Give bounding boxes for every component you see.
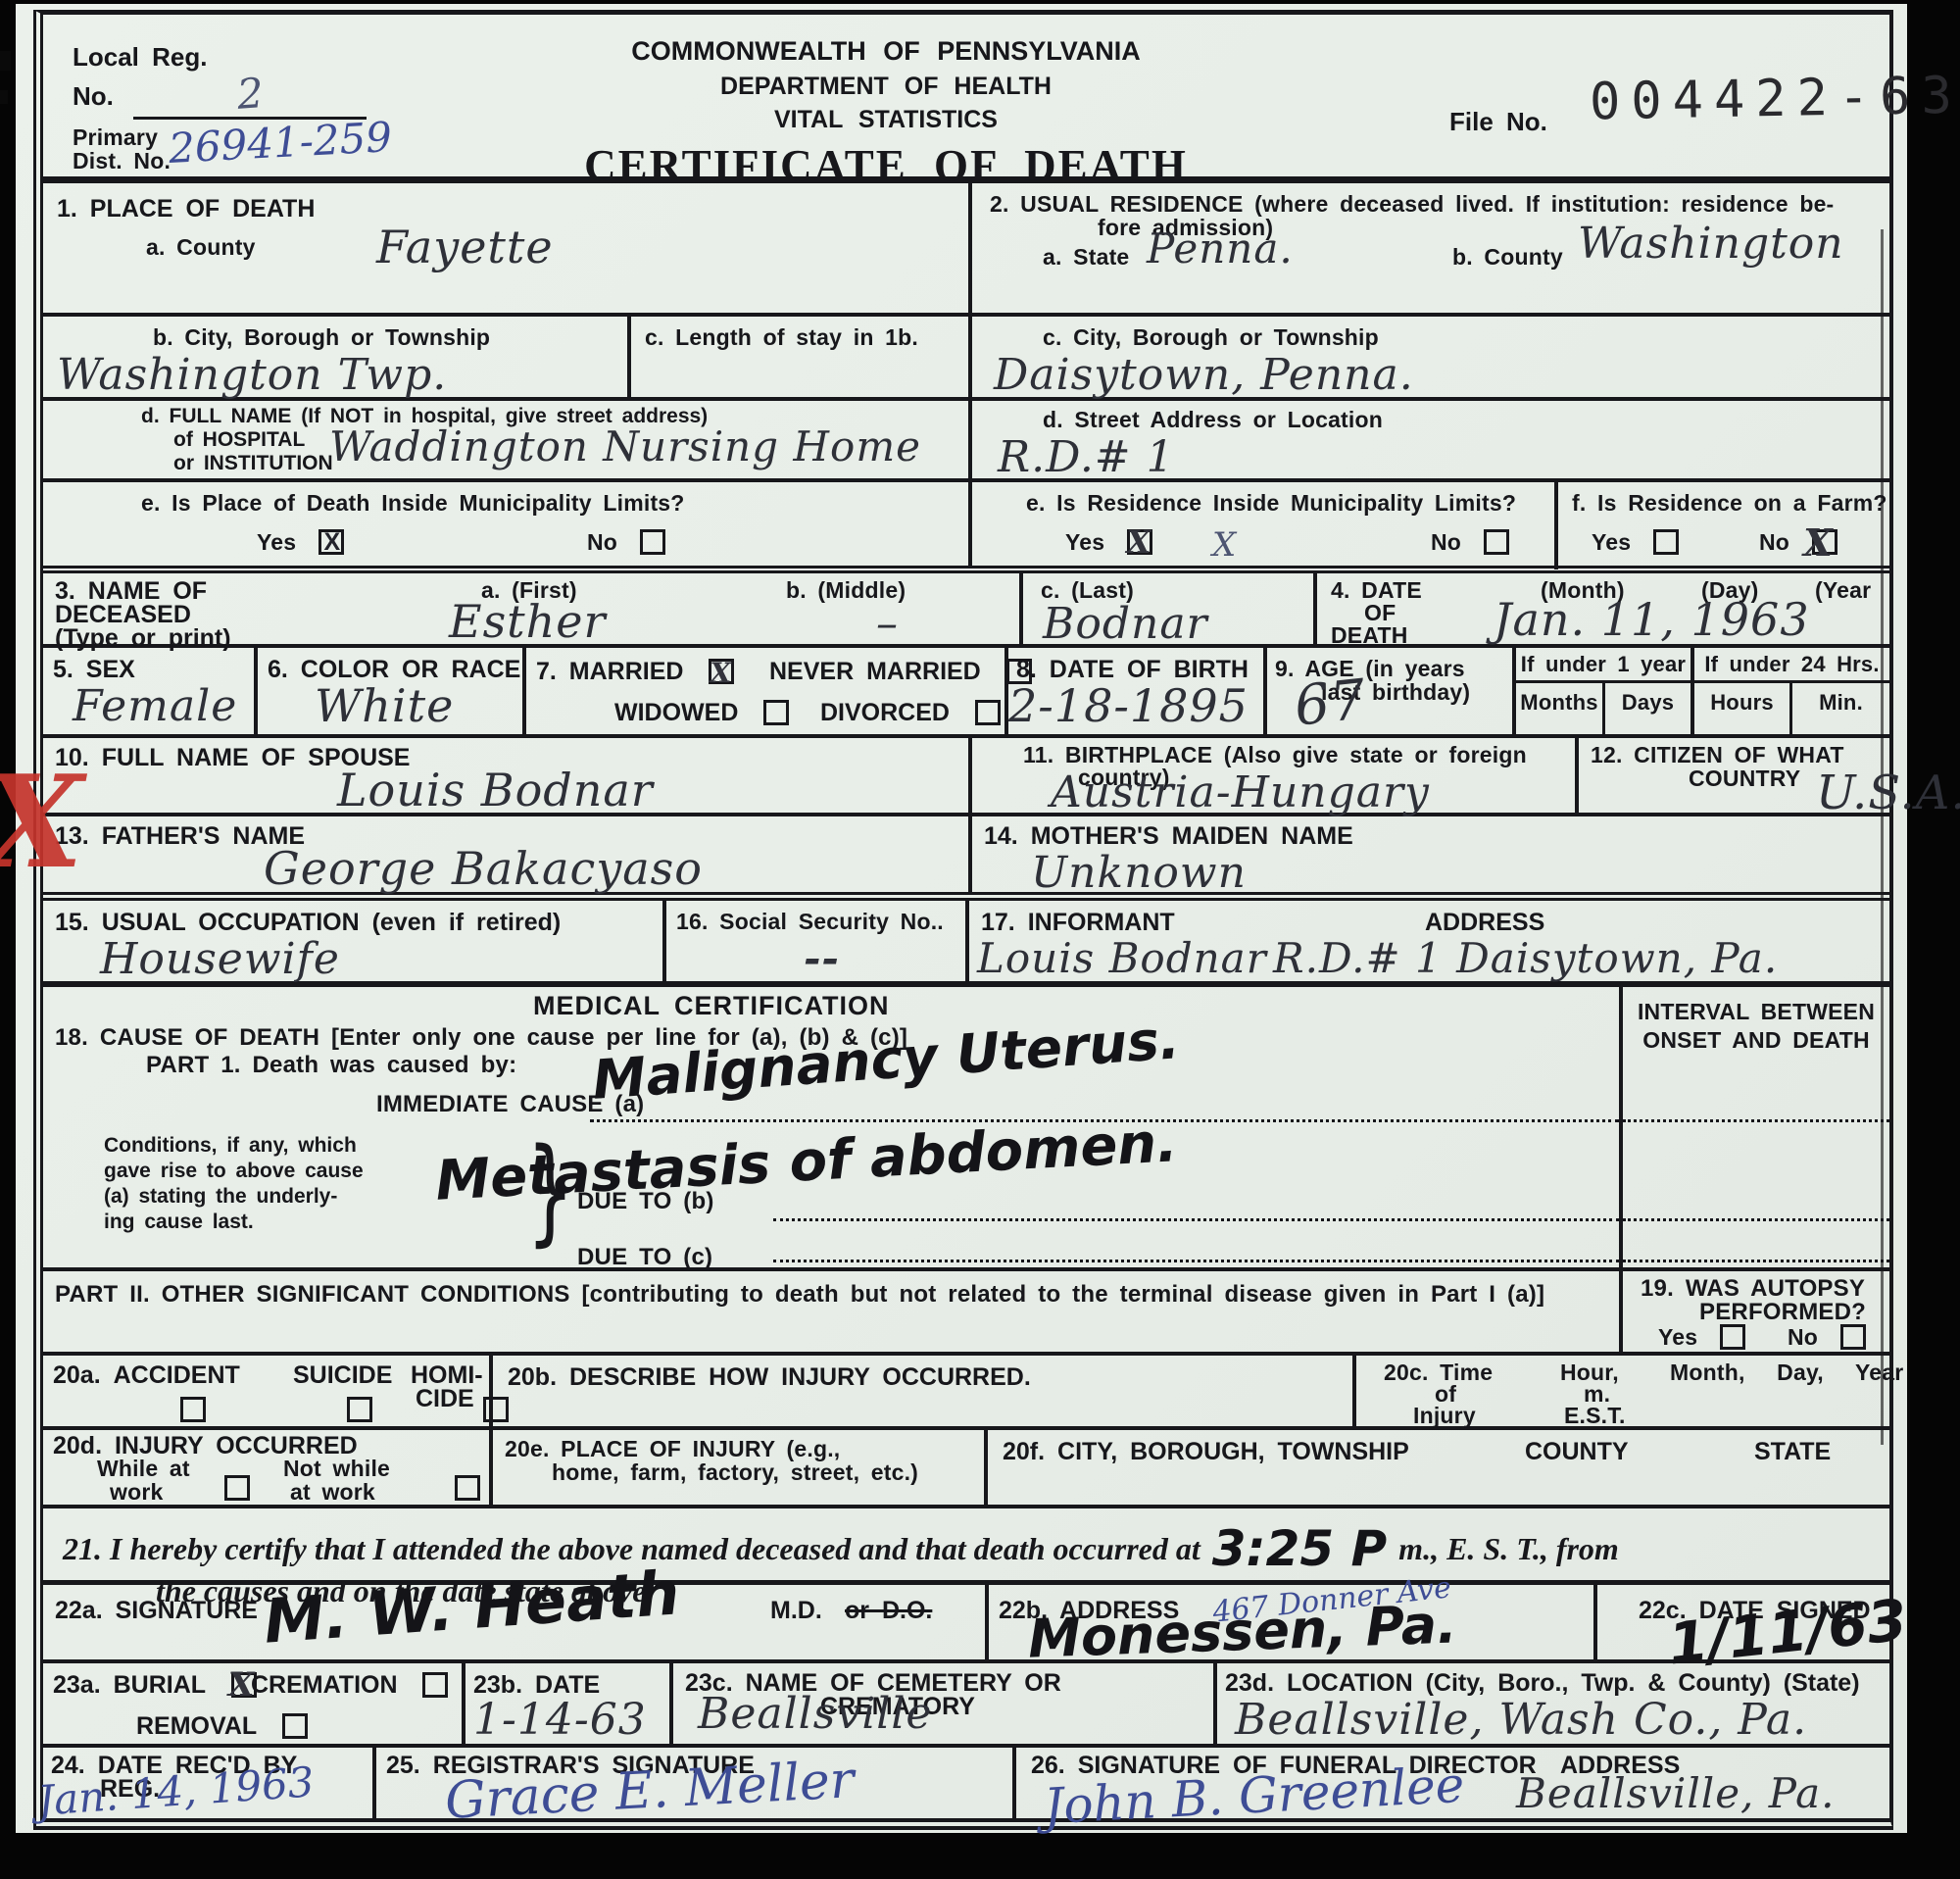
certify-text-2: m., E. S. T., from xyxy=(1398,1531,1619,1567)
color-race-cell: 6. COLOR OR RACE White xyxy=(258,648,526,734)
local-reg-no-value: 2 xyxy=(235,69,265,119)
min-cell: Min. xyxy=(1792,683,1889,734)
mother-maiden-label: 14. MOTHER'S MAIDEN NAME xyxy=(984,822,1353,851)
cemetery-value: Beallsville xyxy=(698,1689,932,1739)
part2-label: PART II. OTHER SIGNIFICANT CONDITIONS [c… xyxy=(55,1281,1544,1309)
residence-limits-yes-mark: X xyxy=(1126,523,1151,561)
divorced-label: DIVORCED xyxy=(820,699,1001,727)
cremation-checkbox xyxy=(422,1672,448,1698)
occupation-cell: 15. USUAL OCCUPATION (even if retired) H… xyxy=(43,901,666,981)
certificate-header: Local Reg. No. 2 Primary Dist. No. 26941… xyxy=(43,15,1889,183)
removal-label: REMOVAL xyxy=(136,1712,308,1741)
length-of-stay-label: c. Length of stay in 1b. xyxy=(645,324,918,351)
residence-limits-label: e. Is Residence Inside Municipality Limi… xyxy=(1026,490,1516,517)
accident-suicide-homicide-cell: 20a. ACCIDENT SUICIDE HOMI- CIDE xyxy=(43,1356,493,1426)
row-name-deceased: 3. NAME OF DECEASED (Type or print) a. (… xyxy=(43,573,1889,648)
physician-signature-cell: 22a. SIGNATURE M. W. Heath M.D. or D.O. xyxy=(43,1585,989,1659)
cemetery-name-cell: 23c. NAME OF CEMETERY OR CREMATORY Beall… xyxy=(673,1663,1217,1744)
injury-city-label: 20f. CITY, BOROUGH, TOWNSHIP xyxy=(1003,1438,1409,1466)
married-checkbox: X xyxy=(709,659,734,684)
due-to-b-line xyxy=(773,1218,1619,1221)
not-while-at-work-checkbox xyxy=(455,1475,480,1501)
father-name-cell: 13. FATHER'S NAME George Bakacyaso xyxy=(43,816,972,892)
medical-certification-title: MEDICAL CERTIFICATION xyxy=(533,991,890,1021)
injury-county-label: COUNTY xyxy=(1525,1438,1629,1466)
conditions-label-1: Conditions, if any, which xyxy=(104,1134,357,1158)
residence-limits-no: No xyxy=(1431,529,1509,556)
occupation-value: Housewife xyxy=(100,934,340,984)
months-cell: Months xyxy=(1516,683,1605,734)
burial-label: 23a. BURIAL X xyxy=(53,1671,257,1700)
part1-label: PART 1. Death was caused by: xyxy=(146,1052,516,1079)
marital-status-cell: 7. MARRIED X NEVER MARRIED WIDOWED DIVOR… xyxy=(526,648,1008,734)
middle-name-cell: b. (Middle) – xyxy=(729,573,1023,644)
ssn-value: -- xyxy=(804,934,840,982)
section-place-of-death: 1. PLACE OF DEATH a. County Fayette b. C… xyxy=(43,183,972,566)
hospital-name-value: Waddington Nursing Home xyxy=(329,422,921,470)
dist-no-label: Dist. No. xyxy=(73,148,171,174)
accident-label: 20a. ACCIDENT xyxy=(53,1361,240,1390)
residence-county-label: b. County xyxy=(1452,244,1563,271)
burial-date-value: 1-14-63 xyxy=(473,1695,647,1745)
residence-city-label: c. City, Borough or Township xyxy=(1043,324,1379,351)
burial-date-cell: 23b. DATE 1-14-63 xyxy=(465,1663,673,1744)
citizen-value: U.S.A. xyxy=(1816,766,1960,820)
sex-label: 5. SEX xyxy=(53,656,135,684)
residence-farm-no: No X xyxy=(1759,529,1837,556)
interval-line-b xyxy=(1623,1218,1889,1221)
birthplace-value: Austria-Hungary xyxy=(1051,767,1430,817)
color-race-value: White xyxy=(315,679,454,732)
date-of-death-year-label: (Year xyxy=(1815,577,1871,604)
city-borough-cell: b. City, Borough or Township Washington … xyxy=(43,317,631,397)
file-no-label: File No. xyxy=(1449,107,1547,137)
row-injury-place: 20d. INJURY OCCURRED While at work Not w… xyxy=(43,1430,1889,1508)
informant-address-value: R.D.# 1 Daisytown, Pa. xyxy=(1273,934,1778,982)
residence-farm-yes: Yes xyxy=(1592,529,1679,556)
hours-cell: Hours xyxy=(1694,683,1792,734)
how-injury-occurred-label: 20b. DESCRIBE HOW INJURY OCCURRED. xyxy=(508,1363,1031,1392)
citizen-cell: 12. CITIZEN OF WHAT COUNTRY U.S.A. xyxy=(1579,738,1889,813)
while-at-label: While at xyxy=(97,1456,190,1482)
widowed-label: WIDOWED xyxy=(614,699,789,727)
injury-est-label: E.S.T. xyxy=(1564,1403,1626,1429)
sex-cell: 5. SEX Female xyxy=(43,648,258,734)
date-signed-cell: 22c. DATE SIGNED 1/11/63 xyxy=(1597,1585,1889,1659)
autopsy-yes-checkbox xyxy=(1720,1324,1745,1350)
married-label: 7. MARRIED X xyxy=(536,658,734,686)
informant-address-label: ADDRESS xyxy=(1425,909,1544,937)
under-1-year-block: If under 1 year Months Days xyxy=(1516,648,1694,734)
interval-label-2: ONSET AND DEATH xyxy=(1623,1027,1889,1054)
injury-month-day-year-label: Month, Day, Year xyxy=(1670,1360,1903,1386)
commonwealth-line: COMMONWEALTH OF PENNSYLVANIA xyxy=(474,36,1298,67)
date-of-death-value: Jan. 11, 1963 xyxy=(1494,593,1810,646)
time-of-injury-cell: 20c. Time of Injury Hour, m. E.S.T. Mont… xyxy=(1356,1356,1889,1426)
autopsy-label-2: PERFORMED? xyxy=(1699,1299,1866,1326)
row-burial: 23a. BURIAL X CREMATION REMOVAL 23b. DAT… xyxy=(43,1663,1889,1748)
citizen-label-1: 12. CITIZEN OF WHAT xyxy=(1591,742,1844,768)
row-place-residence: 1. PLACE OF DEATH a. County Fayette b. C… xyxy=(43,183,1889,573)
ssn-label: 16. Social Security No.. xyxy=(676,909,944,935)
signature-label: 22a. SIGNATURE xyxy=(55,1597,258,1625)
row-father-mother: 13. FATHER'S NAME George Bakacyaso 14. M… xyxy=(43,816,1889,901)
death-municipality-limits-label: e. Is Place of Death Inside Municipality… xyxy=(141,490,685,517)
autopsy-no: No xyxy=(1788,1324,1866,1351)
date-received-cell: 24. DATE REC'D BY REG. Jan. 14, 1963 xyxy=(43,1748,376,1818)
date-of-birth-value: 2-18-1895 xyxy=(1008,679,1249,732)
street-address-value: R.D.# 1 xyxy=(998,432,1175,482)
primary-dist-no-value: 26941-259 xyxy=(168,113,393,173)
vital-statistics-line: VITAL STATISTICS xyxy=(474,106,1298,134)
registrar-signature-cell: 25. REGISTRAR'S SIGNATURE Grace E. Melle… xyxy=(376,1748,1016,1818)
street-address-label: d. Street Address or Location xyxy=(1043,407,1383,433)
or-do-label-struck: or D.O. xyxy=(845,1597,932,1625)
funeral-director-cell: 26. SIGNATURE OF FUNERAL DIRECTOR ADDRES… xyxy=(1016,1748,1889,1818)
due-to-c-label: DUE TO (c) xyxy=(577,1244,712,1271)
length-of-stay-cell: c. Length of stay in 1b. xyxy=(631,317,968,397)
cemetery-location-label: 23d. LOCATION (City, Boro., Twp. & Count… xyxy=(1225,1669,1860,1698)
residence-farm-label: f. Is Residence on a Farm? xyxy=(1572,490,1887,517)
suicide-label: SUICIDE xyxy=(293,1361,392,1390)
ssn-cell: 16. Social Security No.. -- xyxy=(666,901,969,981)
physician-address-cell: 22b. ADDRESS 467 Donner Ave Monessen, Pa… xyxy=(989,1585,1597,1659)
conditions-label-2: gave rise to above cause xyxy=(104,1160,364,1183)
row-accident-injury: 20a. ACCIDENT SUICIDE HOMI- CIDE 20b. DE… xyxy=(43,1356,1889,1430)
department-line: DEPARTMENT OF HEALTH xyxy=(474,73,1298,101)
death-limits-yes-checkbox: X xyxy=(318,529,344,555)
first-name-cell: a. (First) Esther xyxy=(388,573,729,644)
accident-checkbox xyxy=(180,1397,206,1422)
time-of-injury-label-3: Injury xyxy=(1413,1403,1476,1429)
cremation-label: CREMATION xyxy=(251,1671,448,1700)
funeral-director-address-value: Beallsville, Pa. xyxy=(1516,1769,1836,1817)
informant-cell: 17. INFORMANT ADDRESS Louis Bodnar R.D.#… xyxy=(969,901,1889,981)
residence-limits-yes: Yes X xyxy=(1065,529,1152,556)
age-value: 67 xyxy=(1292,668,1370,738)
middle-name-value: – xyxy=(876,599,899,649)
part2-cell: PART II. OTHER SIGNIFICANT CONDITIONS [c… xyxy=(43,1271,1623,1352)
death-time-value: 3:25 P xyxy=(1212,1520,1387,1577)
residence-county-value: Washington xyxy=(1578,219,1844,269)
death-limits-no-checkbox xyxy=(640,529,665,555)
under-1-year-header: If under 1 year xyxy=(1516,648,1690,683)
city-borough-label: b. City, Borough or Township xyxy=(153,324,490,351)
row-certify-statement: 21. I hereby certify that I attended the… xyxy=(43,1508,1889,1585)
autopsy-cell: 19. WAS AUTOPSY PERFORMED? Yes No xyxy=(1623,1271,1889,1352)
row-part2-autopsy: PART II. OTHER SIGNIFICANT CONDITIONS [c… xyxy=(43,1271,1889,1356)
father-name-value: George Bakacyaso xyxy=(264,842,703,895)
age-cell: 9. AGE (in years last birthday) 67 xyxy=(1267,648,1516,734)
death-limits-no: No xyxy=(587,529,665,556)
last-name-value: Bodnar xyxy=(1043,599,1208,649)
file-no-stamp: 004422-63 xyxy=(1590,67,1960,132)
cemetery-location-value: Beallsville, Wash Co., Pa. xyxy=(1235,1695,1807,1745)
days-cell: Days xyxy=(1605,683,1690,734)
date-of-death-label-3: DEATH xyxy=(1331,622,1408,649)
birthplace-cell: 11. BIRTHPLACE (Also give state or forei… xyxy=(972,738,1579,813)
residence-limits-cell: e. Is Residence Inside Municipality Limi… xyxy=(972,482,1558,569)
certificate-frame: Local Reg. No. 2 Primary Dist. No. 26941… xyxy=(33,10,1893,1830)
interval-line-a xyxy=(1623,1119,1889,1122)
place-of-death-heading: 1. PLACE OF DEATH xyxy=(57,195,315,223)
name-deceased-label-block: 3. NAME OF DECEASED (Type or print) xyxy=(43,573,388,644)
row-physician-signature: 22a. SIGNATURE M. W. Heath M.D. or D.O. … xyxy=(43,1585,1889,1663)
residence-city-value: Daisytown, Penna. xyxy=(994,350,1414,400)
residence-farm-no-checkbox: X xyxy=(1812,529,1837,555)
first-name-value: Esther xyxy=(449,595,607,648)
place-of-injury-cell: 20e. PLACE OF INJURY (e.g., home, farm, … xyxy=(493,1430,988,1505)
residence-state-label: a. State xyxy=(1043,244,1129,271)
last-name-cell: c. (Last) Bodnar xyxy=(1023,573,1317,644)
removal-checkbox xyxy=(282,1713,308,1739)
conditions-label-4: ing cause last. xyxy=(104,1211,254,1234)
row-medical-certification: MEDICAL CERTIFICATION 18. CAUSE OF DEATH… xyxy=(43,987,1889,1271)
death-limits-yes: Yes X xyxy=(257,529,344,556)
homicide-label-2: CIDE xyxy=(416,1385,474,1413)
residence-farm-no-mark: X xyxy=(1803,520,1833,565)
scan-artifact-dash-2 xyxy=(0,90,8,104)
residence-limits-no-checkbox xyxy=(1484,529,1509,555)
autopsy-yes: Yes xyxy=(1658,1324,1745,1351)
due-to-c-line xyxy=(773,1260,1619,1262)
under-24-hrs-header: If under 24 Hrs. xyxy=(1694,648,1889,683)
row-registrar: 24. DATE REC'D BY REG. Jan. 14, 1963 25.… xyxy=(43,1748,1889,1818)
usual-residence-heading: 2. USUAL RESIDENCE (where deceased lived… xyxy=(990,191,1834,218)
spouse-cell: 10. FULL NAME OF SPOUSE Louis Bodnar xyxy=(43,738,972,813)
mother-maiden-value: Unknown xyxy=(1031,848,1247,898)
under-24-hrs-block: If under 24 Hrs. Hours Min. xyxy=(1694,648,1889,734)
cause-of-death-cell: MEDICAL CERTIFICATION 18. CAUSE OF DEATH… xyxy=(43,987,1623,1267)
row-occupation-informant: 15. USUAL OCCUPATION (even if retired) H… xyxy=(43,901,1889,987)
certificate-paper: Local Reg. No. 2 Primary Dist. No. 26941… xyxy=(16,4,1907,1833)
injury-city-cell: 20f. CITY, BOROUGH, TOWNSHIP COUNTY STAT… xyxy=(988,1430,1889,1505)
certify-line-1: 21. I hereby certify that I attended the… xyxy=(63,1514,1889,1571)
never-married-label: NEVER MARRIED xyxy=(769,658,1032,686)
not-while-label: Not while xyxy=(283,1456,390,1482)
residence-farm-cell: f. Is Residence on a Farm? Yes No X xyxy=(1558,482,1889,569)
section-usual-residence: 2. USUAL RESIDENCE (where deceased lived… xyxy=(972,183,1889,566)
residence-limits-extra-x: X xyxy=(1212,525,1236,565)
citizen-label-2: COUNTRY xyxy=(1689,766,1800,792)
primary-label: Primary xyxy=(73,124,158,151)
md-label: M.D. xyxy=(770,1597,822,1625)
place-of-injury-label-2: home, farm, factory, street, etc.) xyxy=(552,1459,918,1486)
suicide-checkbox xyxy=(347,1397,372,1422)
at-work-label: at work xyxy=(290,1479,375,1506)
sex-value: Female xyxy=(73,681,237,731)
date-of-death-cell: 4. DATE OF DEATH (Month) (Day) (Year Jan… xyxy=(1317,573,1889,644)
date-of-birth-cell: 8. DATE OF BIRTH 2-18-1895 xyxy=(1008,648,1267,734)
city-borough-value: Washington Twp. xyxy=(57,350,447,400)
hospital-name-label-3: or INSTITUTION xyxy=(173,452,333,475)
informant-label: 17. INFORMANT xyxy=(981,909,1175,937)
header-center-block: COMMONWEALTH OF PENNSYLVANIA DEPARTMENT … xyxy=(474,15,1298,191)
local-reg-no-label: No. xyxy=(73,81,114,112)
immediate-cause-value: Malignancy Uterus. xyxy=(590,1008,1181,1112)
burial-cremation-cell: 23a. BURIAL X CREMATION REMOVAL xyxy=(43,1663,465,1744)
local-reg-label: Local Reg. xyxy=(73,42,207,73)
conditions-label-3: (a) stating the underly- xyxy=(104,1185,337,1209)
married-mark: X xyxy=(710,657,731,689)
cemetery-location-cell: 23d. LOCATION (City, Boro., Twp. & Count… xyxy=(1217,1663,1889,1744)
death-limits-yes-mark: X xyxy=(323,528,340,557)
occupation-label: 15. USUAL OCCUPATION (even if retired) xyxy=(55,909,561,937)
interval-line-c xyxy=(1623,1260,1889,1262)
scan-artifact-dash-1 xyxy=(0,51,11,71)
row-spouse-birthplace: 10. FULL NAME OF SPOUSE Louis Bodnar 11.… xyxy=(43,738,1889,816)
injury-state-label: STATE xyxy=(1754,1438,1831,1466)
residence-state-value: Penna. xyxy=(1147,224,1294,272)
county-value: Fayette xyxy=(376,221,554,273)
red-margin-x-mark: X xyxy=(0,747,83,897)
hospital-name-label-2: of HOSPITAL xyxy=(173,428,305,452)
work-label: work xyxy=(110,1479,163,1506)
interval-onset-cell: INTERVAL BETWEEN ONSET AND DEATH xyxy=(1623,987,1889,1267)
how-injury-occurred-cell: 20b. DESCRIBE HOW INJURY OCCURRED. xyxy=(493,1356,1356,1426)
interval-label-1: INTERVAL BETWEEN xyxy=(1623,999,1889,1025)
residence-limits-yes-checkbox: X xyxy=(1127,529,1152,555)
spouse-value: Louis Bodnar xyxy=(337,764,654,816)
divorced-checkbox xyxy=(975,700,1001,725)
injury-occurred-cell: 20d. INJURY OCCURRED While at work Not w… xyxy=(43,1430,493,1505)
place-of-injury-label-1: 20e. PLACE OF INJURY (e.g., xyxy=(505,1436,840,1462)
residence-farm-yes-checkbox xyxy=(1653,529,1679,555)
widowed-checkbox xyxy=(763,700,789,725)
while-at-work-checkbox xyxy=(224,1475,250,1501)
informant-value: Louis Bodnar xyxy=(977,934,1267,982)
autopsy-no-checkbox xyxy=(1840,1324,1866,1350)
row-sex-race-age: 5. SEX Female 6. COLOR OR RACE White 7. … xyxy=(43,648,1889,738)
mother-maiden-cell: 14. MOTHER'S MAIDEN NAME Unknown xyxy=(972,816,1889,892)
county-label: a. County xyxy=(146,234,256,261)
